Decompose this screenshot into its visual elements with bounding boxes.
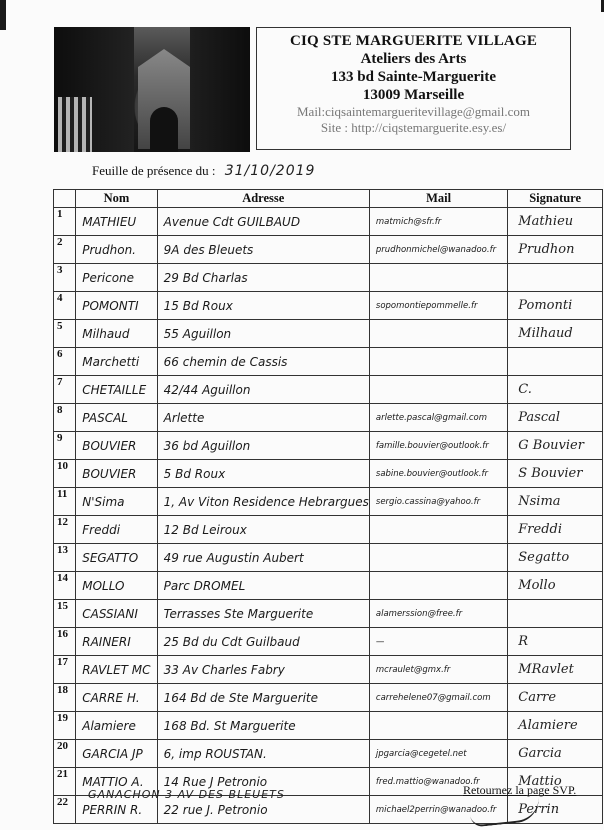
table-row: 16RAINERI25 Bd du Cdt Guilbaud—R (54, 628, 603, 656)
cell-signature: Prudhon (508, 236, 603, 264)
row-number: 12 (54, 516, 76, 544)
cell-adresse: 164 Bd de Ste Marguerite (157, 684, 369, 712)
table-row: 19Alamiere168 Bd. St MargueriteAlamiere (54, 712, 603, 740)
cell-adresse: 49 rue Augustin Aubert (157, 544, 369, 572)
cell-adresse-text: 49 rue Augustin Aubert (158, 551, 369, 565)
org-city: 13009 Marseille (257, 86, 570, 104)
table-row: 4POMONTI15 Bd Rouxsopomontiepommelle.frP… (54, 292, 603, 320)
cell-signature: C. (508, 376, 603, 404)
cell-mail-text: famille.bouvier@outlook.fr (370, 441, 507, 451)
cell-signature: Carre (508, 684, 603, 712)
cell-signature-text: Garcia (508, 746, 602, 761)
cell-nom-text: Milhaud (76, 327, 156, 341)
cell-mail (369, 348, 507, 376)
table-row: 1MATHIEUAvenue Cdt GUILBAUDmatmich@sfr.f… (54, 208, 603, 236)
cell-nom: RAINERI (76, 628, 157, 656)
cell-nom-text: MOLLO (76, 579, 156, 593)
cell-adresse: 15 Bd Roux (157, 292, 369, 320)
cell-nom-text: RAINERI (76, 635, 156, 649)
cell-nom-text: GARCIA JP (76, 747, 156, 761)
table-row: 12Freddi12 Bd LeirouxFreddi (54, 516, 603, 544)
cell-signature-text: Prudhon (508, 242, 602, 257)
row-number: 2 (54, 236, 76, 264)
cell-nom: SEGATTO (76, 544, 157, 572)
cell-adresse-text: 164 Bd de Ste Marguerite (158, 691, 369, 705)
cell-signature-text: Alamiere (508, 718, 602, 733)
cell-nom-text: BOUVIER (76, 467, 156, 481)
cell-mail (369, 264, 507, 292)
cell-adresse-text: 15 Bd Roux (158, 299, 369, 313)
cell-mail-text: sabine.bouvier@outlook.fr (370, 469, 507, 479)
cell-nom: N'Sima (76, 488, 157, 516)
cell-nom: CASSIANI (76, 600, 157, 628)
cell-signature (508, 600, 603, 628)
col-signature: Signature (508, 190, 603, 208)
org-line1: Ateliers des Arts (257, 50, 570, 68)
cell-signature-text: R (508, 634, 602, 649)
table-row: 6Marchetti66 chemin de Cassis (54, 348, 603, 376)
cell-adresse-text: 1, Av Viton Residence Hebrargues (158, 495, 369, 509)
association-header: CIQ STE MARGUERITE VILLAGE Ateliers des … (256, 27, 571, 150)
attendance-table: Nom Adresse Mail Signature 1MATHIEUAvenu… (53, 189, 603, 824)
cell-signature: Milhaud (508, 320, 603, 348)
cell-signature-text: Mollo (508, 578, 602, 593)
cell-adresse-text: 55 Aguillon (158, 327, 369, 341)
cell-nom: BOUVIER (76, 460, 157, 488)
cell-mail: famille.bouvier@outlook.fr (369, 432, 507, 460)
presence-line: Feuille de présence du : 31/10/2019 (92, 163, 315, 179)
cell-mail (369, 712, 507, 740)
cell-mail-text: sopomontiepommelle.fr (370, 301, 507, 311)
cell-signature: Garcia (508, 740, 603, 768)
cell-adresse-text: Arlette (158, 411, 369, 425)
org-site: Site : http://ciqstemarguerite.esy.es/ (257, 120, 570, 136)
cell-adresse-text: Avenue Cdt GUILBAUD (158, 215, 369, 229)
table-row: 17RAVLET MC33 Av Charles Fabrymcraulet@g… (54, 656, 603, 684)
cell-signature: Nsima (508, 488, 603, 516)
org-mail: Mail:ciqsaintemargueritevillage@gmail.co… (257, 104, 570, 120)
cell-nom: Prudhon. (76, 236, 157, 264)
cell-signature-text: Pascal (508, 410, 602, 425)
cell-nom-text: Alamiere (76, 719, 156, 733)
cell-adresse-text: 25 Bd du Cdt Guilbaud (158, 635, 369, 649)
presence-label: Feuille de présence du : (92, 163, 215, 178)
cell-nom-text: Marchetti (76, 355, 156, 369)
table-row: 9BOUVIER36 bd Aguillonfamille.bouvier@ou… (54, 432, 603, 460)
row-number: 16 (54, 628, 76, 656)
cell-adresse: 29 Bd Charlas (157, 264, 369, 292)
cell-nom-text: POMONTI (76, 299, 156, 313)
col-adresse: Adresse (157, 190, 369, 208)
cell-signature: Segatto (508, 544, 603, 572)
row-number: 14 (54, 572, 76, 600)
cell-adresse-text: 42/44 Aguillon (158, 383, 369, 397)
table-row: 3Pericone29 Bd Charlas (54, 264, 603, 292)
cell-mail: carrehelene07@gmail.com (369, 684, 507, 712)
cell-signature: S Bouvier (508, 460, 603, 488)
presence-date: 31/10/2019 (225, 163, 316, 179)
cell-signature: Alamiere (508, 712, 603, 740)
cell-nom-text: MATHIEU (76, 215, 156, 229)
cell-signature-text: G Bouvier (508, 438, 602, 453)
cell-adresse-text: 12 Bd Leiroux (158, 523, 369, 537)
cell-adresse-text: 66 chemin de Cassis (158, 355, 369, 369)
org-title: CIQ STE MARGUERITE VILLAGE (257, 33, 570, 50)
cell-adresse-text: Parc DROMEL (158, 579, 369, 593)
cell-adresse: 1, Av Viton Residence Hebrargues (157, 488, 369, 516)
row-number: 22 (54, 796, 76, 824)
cell-nom-text: MATTIO A. (76, 775, 156, 789)
cell-nom: PASCAL (76, 404, 157, 432)
table-row: 2Prudhon.9A des Bleuetsprudhonmichel@wan… (54, 236, 603, 264)
row-number: 19 (54, 712, 76, 740)
table-row: 18CARRE H.164 Bd de Ste Margueritecarreh… (54, 684, 603, 712)
row-number: 8 (54, 404, 76, 432)
cell-signature-text: Milhaud (508, 326, 602, 341)
cell-adresse: 33 Av Charles Fabry (157, 656, 369, 684)
cell-signature-text: Pomonti (508, 298, 602, 313)
cell-signature: Pascal (508, 404, 603, 432)
cell-signature-text: S Bouvier (508, 466, 602, 481)
table-row: 11N'Sima1, Av Viton Residence Hebrargues… (54, 488, 603, 516)
cell-nom-text: CARRE H. (76, 691, 156, 705)
table-row: 8PASCALArlettearlette.pascal@gmail.comPa… (54, 404, 603, 432)
cell-signature-text: Mathieu (508, 214, 602, 229)
cell-signature: MRavlet (508, 656, 603, 684)
cell-nom-text: Freddi (76, 523, 156, 537)
row-number: 9 (54, 432, 76, 460)
cell-nom: Alamiere (76, 712, 157, 740)
cell-mail: jpgarcia@cegetel.net (369, 740, 507, 768)
org-address: 133 bd Sainte-Marguerite (257, 68, 570, 86)
row-number: 11 (54, 488, 76, 516)
table-row: 13SEGATTO49 rue Augustin AubertSegatto (54, 544, 603, 572)
turn-page-note: Retournez la page SVP. (463, 783, 576, 798)
cell-mail: sopomontiepommelle.fr (369, 292, 507, 320)
table-row: 5Milhaud55 AguillonMilhaud (54, 320, 603, 348)
cell-mail-text: arlette.pascal@gmail.com (370, 413, 507, 423)
col-number (54, 190, 76, 208)
cell-nom-text: SEGATTO (76, 551, 156, 565)
cell-mail-text: alamerssion@free.fr (370, 609, 507, 619)
cell-adresse: 42/44 Aguillon (157, 376, 369, 404)
cell-adresse-text: Terrasses Ste Marguerite (158, 607, 369, 621)
cell-signature-text: Segatto (508, 550, 602, 565)
cell-adresse: 12 Bd Leiroux (157, 516, 369, 544)
cell-mail: sabine.bouvier@outlook.fr (369, 460, 507, 488)
cell-adresse: 36 bd Aguillon (157, 432, 369, 460)
row-number: 1 (54, 208, 76, 236)
cell-nom: Milhaud (76, 320, 157, 348)
cell-signature: Mollo (508, 572, 603, 600)
cell-mail: matmich@sfr.fr (369, 208, 507, 236)
cell-adresse: 168 Bd. St Marguerite (157, 712, 369, 740)
cell-nom: POMONTI (76, 292, 157, 320)
church-door (150, 107, 178, 152)
cell-adresse: 9A des Bleuets (157, 236, 369, 264)
cell-adresse: 55 Aguillon (157, 320, 369, 348)
table-header: Nom Adresse Mail Signature (54, 190, 603, 208)
cell-mail (369, 544, 507, 572)
cell-nom: MOLLO (76, 572, 157, 600)
church-photo (54, 27, 250, 152)
cell-adresse-text: 29 Bd Charlas (158, 271, 369, 285)
cell-nom: Freddi (76, 516, 157, 544)
cell-adresse-text: 6, imp ROUSTAN. (158, 747, 369, 761)
cell-adresse-text: 14 Rue J Petronio (158, 775, 369, 789)
cell-signature-text: C. (508, 382, 602, 397)
cell-mail-text: mcraulet@gmx.fr (370, 665, 507, 675)
cell-adresse: Terrasses Ste Marguerite (157, 600, 369, 628)
cell-adresse-text: 22 rue J. Petronio (158, 803, 369, 817)
cell-adresse-text: 168 Bd. St Marguerite (158, 719, 369, 733)
cell-adresse: 6, imp ROUSTAN. (157, 740, 369, 768)
row-number: 4 (54, 292, 76, 320)
cell-adresse-text: 36 bd Aguillon (158, 439, 369, 453)
cell-adresse-text: 9A des Bleuets (158, 243, 369, 257)
table-row: 10BOUVIER5 Bd Rouxsabine.bouvier@outlook… (54, 460, 603, 488)
cell-nom: RAVLET MC (76, 656, 157, 684)
col-mail: Mail (369, 190, 507, 208)
cell-mail-text: carrehelene07@gmail.com (370, 693, 507, 703)
cell-nom: Pericone (76, 264, 157, 292)
cell-adresse: Parc DROMEL (157, 572, 369, 600)
trees-right (190, 27, 250, 152)
cell-mail: mcraulet@gmx.fr (369, 656, 507, 684)
cell-mail-text: prudhonmichel@wanadoo.fr (370, 245, 507, 255)
cell-nom-text: Pericone (76, 271, 156, 285)
cell-nom: MATHIEU (76, 208, 157, 236)
row-number: 15 (54, 600, 76, 628)
row-number: 21 (54, 768, 76, 796)
cell-nom: Marchetti (76, 348, 157, 376)
cell-mail: sergio.cassina@yahoo.fr (369, 488, 507, 516)
cell-mail: arlette.pascal@gmail.com (369, 404, 507, 432)
table-row: 7CHETAILLE42/44 AguillonC. (54, 376, 603, 404)
cell-nom: CARRE H. (76, 684, 157, 712)
cell-mail-text: jpgarcia@cegetel.net (370, 749, 507, 759)
cell-adresse-text: 5 Bd Roux (158, 467, 369, 481)
table-row: 20GARCIA JP6, imp ROUSTAN.jpgarcia@ceget… (54, 740, 603, 768)
cell-nom: CHETAILLE (76, 376, 157, 404)
cell-signature-text: Nsima (508, 494, 602, 509)
row-number: 7 (54, 376, 76, 404)
cell-signature: Pomonti (508, 292, 603, 320)
row-number: 10 (54, 460, 76, 488)
cell-nom-text: BOUVIER (76, 439, 156, 453)
row-number: 5 (54, 320, 76, 348)
cell-adresse: Arlette (157, 404, 369, 432)
row-number: 20 (54, 740, 76, 768)
row-number: 18 (54, 684, 76, 712)
cell-signature: Freddi (508, 516, 603, 544)
cell-nom-text: N'Sima (76, 495, 156, 509)
cell-nom-text: CASSIANI (76, 607, 156, 621)
cell-signature-text: Carre (508, 690, 602, 705)
cell-nom-text: CHETAILLE (76, 383, 156, 397)
col-nom: Nom (76, 190, 157, 208)
cell-adresse-text: 33 Av Charles Fabry (158, 663, 369, 677)
cell-signature-text: MRavlet (508, 662, 602, 677)
scan-edge (0, 0, 6, 30)
cell-mail-text: — (370, 637, 507, 647)
cell-signature-text: Freddi (508, 522, 602, 537)
cell-nom-text: RAVLET MC (76, 663, 156, 677)
cell-signature: Mathieu (508, 208, 603, 236)
cell-adresse: Avenue Cdt GUILBAUD (157, 208, 369, 236)
cell-mail: — (369, 628, 507, 656)
cell-nom-text: PERRIN R. (76, 803, 156, 817)
cell-signature (508, 264, 603, 292)
cell-mail: prudhonmichel@wanadoo.fr (369, 236, 507, 264)
cell-signature (508, 348, 603, 376)
cell-mail (369, 516, 507, 544)
row-number: 17 (54, 656, 76, 684)
light-patch (58, 97, 92, 152)
cell-nom-text: Prudhon. (76, 243, 156, 257)
row-number: 13 (54, 544, 76, 572)
extra-entry: GANACHON 3 AV DES BLEUETS (88, 788, 285, 801)
cell-signature: G Bouvier (508, 432, 603, 460)
cell-adresse: 66 chemin de Cassis (157, 348, 369, 376)
cell-mail-text: sergio.cassina@yahoo.fr (370, 497, 507, 507)
row-number: 3 (54, 264, 76, 292)
cell-nom: GARCIA JP (76, 740, 157, 768)
cell-nom-text: PASCAL (76, 411, 156, 425)
cell-mail (369, 320, 507, 348)
cell-adresse: 25 Bd du Cdt Guilbaud (157, 628, 369, 656)
row-number: 6 (54, 348, 76, 376)
table-row: 15CASSIANITerrasses Ste Margueritealamer… (54, 600, 603, 628)
cell-nom: BOUVIER (76, 432, 157, 460)
turn-page-text: Retournez la page SVP. (463, 783, 576, 797)
cell-adresse: 5 Bd Roux (157, 460, 369, 488)
cell-mail: alamerssion@free.fr (369, 600, 507, 628)
cell-mail-text: matmich@sfr.fr (370, 217, 507, 227)
cell-mail (369, 572, 507, 600)
cell-mail (369, 376, 507, 404)
cell-signature: R (508, 628, 603, 656)
table-row: 14MOLLOParc DROMELMollo (54, 572, 603, 600)
